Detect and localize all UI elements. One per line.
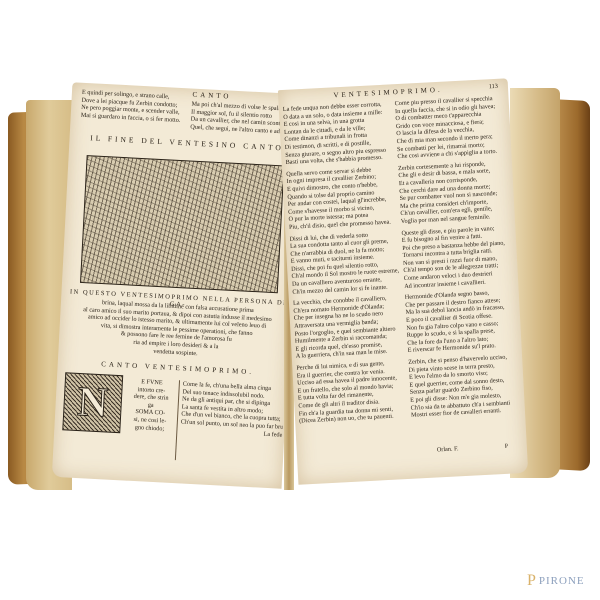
- left-top-stanza: E quindi per solingo, e strano calle, Do…: [81, 89, 192, 125]
- watermark-text: PIRONE: [539, 575, 585, 587]
- decorated-initial: N: [62, 372, 123, 433]
- quire-mark: P: [505, 443, 509, 451]
- woodcut-illustration: [80, 155, 284, 293]
- left-verse-column: La fede unqua non debbe esser corrotta,O…: [283, 100, 410, 425]
- signature-mark: Orlan. F.: [437, 445, 459, 454]
- right-page: VENTESIMOPRIMO. 113 La fede unqua non de…: [278, 78, 528, 484]
- argument-text: brina, laqual mossa da la libidine con f…: [72, 298, 280, 362]
- initial-side-text: E FVNE intorto cre- dere, che strin ga S…: [122, 377, 179, 433]
- open-book: E quindi per solingo, e strano calle, Do…: [0, 0, 600, 600]
- pirone-logo-icon: P: [527, 572, 536, 590]
- opening-stanza: Come la fe, ch'una bella alma cinga Del …: [180, 380, 285, 438]
- left-page: E quindi per solingo, e strano calle, Do…: [52, 82, 302, 488]
- initial-letter: N: [76, 378, 109, 428]
- watermark: P PIRONE: [527, 572, 585, 590]
- end-of-canto-title: IL FINE DEL VENTESINO CANTO.: [89, 133, 289, 152]
- page-number: 113: [489, 83, 498, 91]
- verse-line: gno chiodo;: [122, 423, 176, 433]
- right-verse-column: Come piu presso il cavallier si specchia…: [394, 94, 523, 419]
